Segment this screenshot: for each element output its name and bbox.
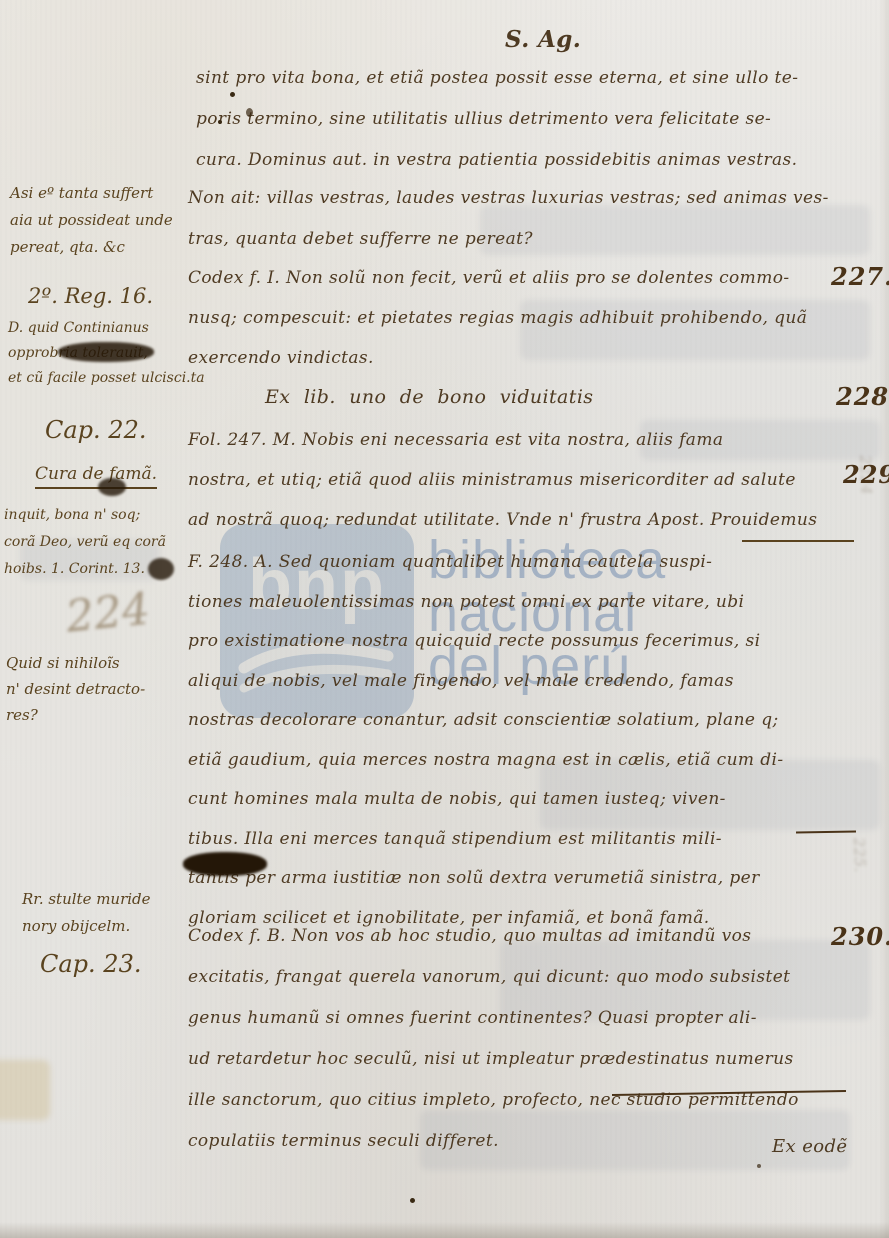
text-line: nusq; compescuit: et pietates regias mag…: [188, 298, 807, 338]
scan-edge-shadow: [0, 1222, 889, 1238]
showthrough-number: 225.: [850, 837, 869, 873]
margin-note-1: Asi eº tanta suffert aia ut possideat un…: [10, 180, 173, 261]
text-line: cura. Dominus aut. in vestra patientia p…: [196, 140, 798, 181]
margin-ref-2-reg-16: 2º. Reg. 16.: [28, 284, 153, 308]
margin-line: et cũ facile posset ulcisci.ta: [8, 366, 205, 391]
margin-line: aia ut possideat unde: [10, 207, 173, 234]
text-line: tras, quanta debet sufferre ne pereat?: [188, 219, 829, 260]
text-line: cunt homines mala multa de nobis, qui ta…: [188, 780, 784, 820]
text-line: etiã gaudium, quia merces nostra magna e…: [188, 741, 784, 781]
text-line: nostra, et utiq; etiã quod aliis ministr…: [188, 460, 817, 500]
margin-line: n' desint detracto-: [6, 676, 145, 702]
text-line: poris termino, sine utilitatis ullius de…: [196, 99, 798, 140]
ink-blot: [183, 852, 267, 876]
ink-speck: [410, 1198, 415, 1203]
strikethrough-mark: [796, 830, 856, 833]
margin-line: hoibs. 1. Corint. 13.: [4, 556, 166, 583]
text-line: tiones maleuolentissimas non potest omni…: [188, 583, 784, 623]
text-line: aliqui de nobis, vel male fingendo, vel …: [188, 662, 784, 702]
paragraph-4: Fol. 247. M. Nobis eni necessaria est vi…: [188, 420, 817, 540]
ink-speck: [218, 120, 222, 124]
margin-line: Quid si nihiloĩs: [6, 650, 145, 676]
manuscript-page-scan: bnp biblioteca nacional del perú S. Ag. …: [0, 0, 889, 1238]
paragraph-2: Non ait: villas vestras, laudes vestras …: [188, 178, 829, 260]
text-line: Codex f. B. Non vos ab hoc studio, quo m…: [188, 916, 799, 957]
ink-blot: [98, 478, 126, 496]
text-line: pro existimatione nostra quicquid recte …: [188, 622, 784, 662]
paragraph-3: Codex f. I. Non solũ non fecit, verũ et …: [188, 258, 807, 378]
ink-speck: [757, 1164, 761, 1168]
margin-cura-de-fama: Cura de famã.: [35, 464, 157, 489]
text-line: tantis per arma iustitiæ non solũ dextra…: [188, 859, 784, 899]
margin-note-3: inquit, bona n' soq; corã Deo, verũ eq c…: [4, 502, 166, 583]
text-line: exercendo vindictas.: [188, 338, 807, 378]
text-line: Fol. 247. M. Nobis eni necessaria est vi…: [188, 420, 817, 460]
margin-line: res?: [6, 702, 145, 728]
ink-speck: [230, 92, 235, 97]
text-line: F. 248. A. Sed quoniam quantalibet human…: [188, 543, 784, 583]
ink-blot: [148, 558, 174, 580]
scan-edge-shadow: [879, 0, 889, 1238]
text-line: sint pro vita bona, et etiã postea possi…: [196, 58, 798, 99]
text-line: ad nostrã quoq; redundat utilitate. Vnde…: [188, 500, 817, 540]
closing-ex-eodem: Ex eodẽ: [772, 1136, 847, 1157]
text-line: tibus. Illa eni merces tanquã stipendium…: [188, 820, 784, 860]
margin-line: D. quid Continianus: [8, 316, 205, 341]
margin-line: Asi eº tanta suffert: [10, 180, 173, 207]
margin-line: pereat, qta. &c: [10, 234, 173, 261]
margin-note-5: Rr. stulte muride nory obijcelm.: [22, 886, 151, 940]
ink-blot: [58, 342, 154, 362]
paragraph-6: Codex f. B. Non vos ab hoc studio, quo m…: [188, 916, 799, 1162]
margin-line: corã Deo, verũ eq corã: [4, 529, 166, 556]
text-line: Non ait: villas vestras, laudes vestras …: [188, 178, 829, 219]
section-heading: Ex lib. uno de bono viduitatis: [265, 386, 593, 408]
ink-speck: [246, 108, 253, 117]
text-line: Codex f. I. Non solũ non fecit, verũ et …: [188, 258, 807, 298]
underline-prouidemus: [742, 540, 854, 542]
page-header-s-ag: S. Ag.: [505, 26, 581, 53]
text-line: nostras decolorare conantur, adsit consc…: [188, 701, 784, 741]
text-line: excitatis, frangat querela vanorum, qui …: [188, 957, 799, 998]
margin-cap-23: Cap. 23.: [40, 950, 141, 978]
margin-line: inquit, bona n' soq;: [4, 502, 166, 529]
margin-note-4: Quid si nihiloĩs n' desint detracto- res…: [6, 650, 145, 728]
paper-stain: [0, 1060, 50, 1120]
text-line: ud retardetur hoc seculũ, nisi ut implea…: [188, 1039, 799, 1080]
margin-line: Rr. stulte muride: [22, 886, 151, 913]
paragraph-5: F. 248. A. Sed quoniam quantalibet human…: [188, 543, 784, 938]
text-line: ille sanctorum, quo citius impleto, prof…: [188, 1080, 799, 1121]
text-line: genus humanũ si omnes fuerint continente…: [188, 998, 799, 1039]
text-line: copulatiis terminus seculi differet.: [188, 1121, 799, 1162]
margin-ghost-number-224: 224: [64, 584, 153, 643]
paragraph-1: sint pro vita bona, et etiã postea possi…: [196, 58, 798, 181]
margin-cap-22: Cap. 22.: [45, 416, 146, 444]
margin-line: nory obijcelm.: [22, 913, 151, 940]
